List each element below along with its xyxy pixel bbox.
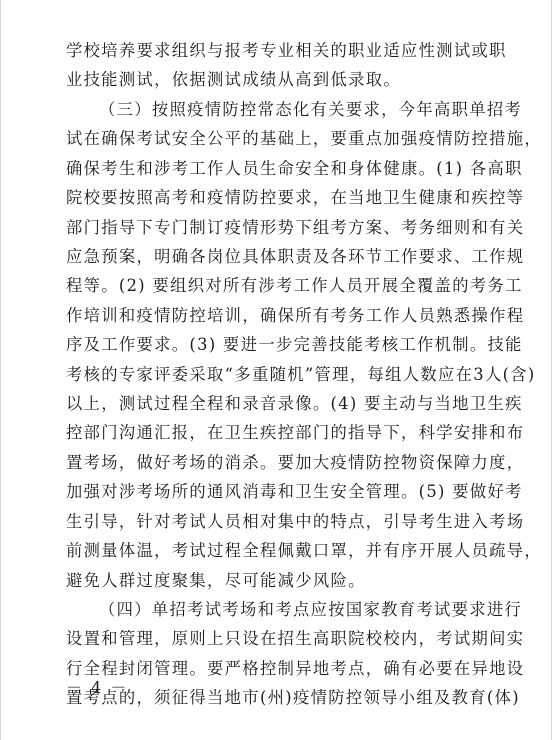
document-body: 学校培养要求组织与报考专业相关的职业适应性测试或职 业技能测试，依据测试成绩从高… bbox=[66, 36, 484, 713]
text-line: 生引导，针对考试人员相对集中的特点，引导考生进入考场 bbox=[66, 507, 484, 536]
text-line: 试在确保考试安全公平的基础上，要重点加强疫情防控措施， bbox=[66, 124, 484, 153]
text-line: 院校要按照高考和疫情防控要求，在当地卫生健康和疾控等 bbox=[66, 183, 484, 212]
text-line: 以上，测试过程全程和录音录像。(4) 要主动与当地卫生疾 bbox=[66, 389, 484, 418]
text-line: 学校培养要求组织与报考专业相关的职业适应性测试或职 bbox=[66, 36, 484, 65]
paragraph-start-line: （四）单招考试考场和考点应按国家教育考试要求进行 bbox=[66, 595, 484, 624]
text-line: 确保考生和涉考工作人员生命安全和身体健康。(1) 各高职 bbox=[66, 154, 484, 183]
text-line: 加强对涉考场所的通风消毒和卫生安全管理。(5) 要做好考 bbox=[66, 477, 484, 506]
text-line: 业技能测试，依据测试成绩从高到低录取。 bbox=[66, 65, 484, 94]
page-number: － 4 － bbox=[66, 677, 128, 699]
document-page: 学校培养要求组织与报考专业相关的职业适应性测试或职 业技能测试，依据测试成绩从高… bbox=[0, 0, 552, 740]
text-line: 程等。(2) 要组织对所有涉考工作人员开展全覆盖的考务工 bbox=[66, 271, 484, 300]
text-line: 置考点的，须征得当地市(州)疫情防控领导小组及教育(体) bbox=[66, 683, 484, 712]
text-line: 前测量体温，考试过程全程佩戴口罩，并有序开展人员疏导， bbox=[66, 536, 484, 565]
text-line: 部门指导下专门制订疫情形势下组考方案、考务细则和有关 bbox=[66, 213, 484, 242]
text-line: 设置和管理，原则上只设在招生高职院校校内，考试期间实 bbox=[66, 624, 484, 653]
paragraph-start-line: （三）按照疫情防控常态化有关要求，今年高职单招考 bbox=[66, 95, 484, 124]
text-line: 置考场，做好考场的消杀。要加大疫情防控物资保障力度， bbox=[66, 448, 484, 477]
text-line: 序及工作要求。(3) 要进一步完善技能考核工作机制。技能 bbox=[66, 330, 484, 359]
text-line: 应急预案，明确各岗位具体职责及各环节工作要求、工作规 bbox=[66, 242, 484, 271]
text-line: 考核的专家评委采取“多重随机”管理，每组人数应在3人(含) bbox=[66, 360, 484, 389]
text-line: 避免人群过度聚集，尽可能减少风险。 bbox=[66, 566, 484, 595]
text-line: 作培训和疫情防控培训，确保所有考务工作人员熟悉操作程 bbox=[66, 301, 484, 330]
text-line: 控部门沟通汇报，在卫生疾控部门的指导下，科学安排和布 bbox=[66, 418, 484, 447]
text-line: 行全程封闭管理。要严格控制异地考点，确有必要在异地设 bbox=[66, 654, 484, 683]
